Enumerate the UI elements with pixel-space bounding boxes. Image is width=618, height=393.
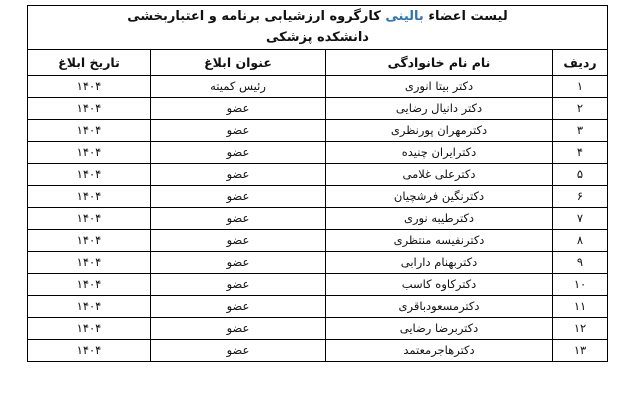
header-notice-date: تاریخ ابلاغ (28, 49, 151, 75)
row-number: ۱ (553, 75, 608, 97)
row-number: ۹ (553, 251, 608, 273)
table-row: ۴ دکترایران چنیده عضو ۱۴۰۴ (28, 141, 608, 163)
member-name: دکترطیبه نوری (326, 207, 553, 229)
header-row-number: ردیف (553, 49, 608, 75)
row-number: ۶ (553, 185, 608, 207)
table-row: ۶ دکترنگین فرشچیان عضو ۱۴۰۴ (28, 185, 608, 207)
table-row: ۲ دکتر دانیال رضایی عضو ۱۴۰۴ (28, 97, 608, 119)
table-title: لیست اعضاء بالینی کارگروه ارزشیابی برنام… (28, 6, 608, 50)
member-name: دکترهاجرمعتمد (326, 339, 553, 361)
title-line-1: لیست اعضاء بالینی کارگروه ارزشیابی برنام… (30, 6, 605, 27)
row-number: ۷ (553, 207, 608, 229)
notice-date: ۱۴۰۴ (28, 141, 151, 163)
member-role: عضو (151, 339, 326, 361)
table-row: ۵ دکترعلی غلامی عضو ۱۴۰۴ (28, 163, 608, 185)
notice-date: ۱۴۰۴ (28, 273, 151, 295)
document-page: لیست اعضاء بالینی کارگروه ارزشیابی برنام… (0, 0, 618, 393)
notice-date: ۱۴۰۴ (28, 163, 151, 185)
member-name: دکتربرضا رضایی (326, 317, 553, 339)
member-role: عضو (151, 207, 326, 229)
row-number: ۳ (553, 119, 608, 141)
member-name: دکتربهنام دارابی (326, 251, 553, 273)
notice-date: ۱۴۰۴ (28, 317, 151, 339)
notice-date: ۱۴۰۴ (28, 251, 151, 273)
member-name: دکتر بیتا انوری (326, 75, 553, 97)
member-role: عضو (151, 141, 326, 163)
table-row: ۱۳ دکترهاجرمعتمد عضو ۱۴۰۴ (28, 339, 608, 361)
row-number: ۱۰ (553, 273, 608, 295)
member-role: عضو (151, 317, 326, 339)
title-text-start: لیست اعضاء (428, 9, 507, 24)
member-role: عضو (151, 295, 326, 317)
header-full-name: نام نام خانوادگی (326, 49, 553, 75)
title-highlight: بالینی (385, 9, 423, 24)
table-row: ۱۱ دکترمسعودباقری عضو ۱۴۰۴ (28, 295, 608, 317)
title-text-end: کارگروه ارزشیابی برنامه و اعتباربخشی (127, 9, 381, 24)
member-role: عضو (151, 251, 326, 273)
member-role: رئیس کمیته (151, 75, 326, 97)
row-number: ۱۲ (553, 317, 608, 339)
row-number: ۲ (553, 97, 608, 119)
row-number: ۵ (553, 163, 608, 185)
header-notice-title: عنوان ابلاغ (151, 49, 326, 75)
member-name: دکترایران چنیده (326, 141, 553, 163)
title-line-2: دانشکده پزشکی (30, 27, 605, 48)
notice-date: ۱۴۰۴ (28, 229, 151, 251)
member-role: عضو (151, 163, 326, 185)
member-name: دکترمهران پورنظری (326, 119, 553, 141)
member-role: عضو (151, 119, 326, 141)
member-role: عضو (151, 273, 326, 295)
member-role: عضو (151, 229, 326, 251)
notice-date: ۱۴۰۴ (28, 185, 151, 207)
table-row: ۱ دکتر بیتا انوری رئیس کمیته ۱۴۰۴ (28, 75, 608, 97)
member-name: دکترکاوه کاسب (326, 273, 553, 295)
member-name: دکترمسعودباقری (326, 295, 553, 317)
table-row: ۱۰ دکترکاوه کاسب عضو ۱۴۰۴ (28, 273, 608, 295)
row-number: ۱۳ (553, 339, 608, 361)
row-number: ۴ (553, 141, 608, 163)
member-name: دکترنفیسه منتظری (326, 229, 553, 251)
table-row: ۷ دکترطیبه نوری عضو ۱۴۰۴ (28, 207, 608, 229)
row-number: ۸ (553, 229, 608, 251)
title-row: لیست اعضاء بالینی کارگروه ارزشیابی برنام… (28, 6, 608, 50)
table-row: ۸ دکترنفیسه منتظری عضو ۱۴۰۴ (28, 229, 608, 251)
notice-date: ۱۴۰۴ (28, 295, 151, 317)
member-role: عضو (151, 185, 326, 207)
notice-date: ۱۴۰۴ (28, 97, 151, 119)
notice-date: ۱۴۰۴ (28, 75, 151, 97)
member-name: دکترعلی غلامی (326, 163, 553, 185)
member-name: دکترنگین فرشچیان (326, 185, 553, 207)
table-row: ۳ دکترمهران پورنظری عضو ۱۴۰۴ (28, 119, 608, 141)
notice-date: ۱۴۰۴ (28, 339, 151, 361)
table-row: ۹ دکتربهنام دارابی عضو ۱۴۰۴ (28, 251, 608, 273)
row-number: ۱۱ (553, 295, 608, 317)
member-role: عضو (151, 97, 326, 119)
header-row: ردیف نام نام خانوادگی عنوان ابلاغ تاریخ … (28, 49, 608, 75)
notice-date: ۱۴۰۴ (28, 119, 151, 141)
members-table: لیست اعضاء بالینی کارگروه ارزشیابی برنام… (27, 5, 608, 362)
member-name: دکتر دانیال رضایی (326, 97, 553, 119)
notice-date: ۱۴۰۴ (28, 207, 151, 229)
table-row: ۱۲ دکتربرضا رضایی عضو ۱۴۰۴ (28, 317, 608, 339)
